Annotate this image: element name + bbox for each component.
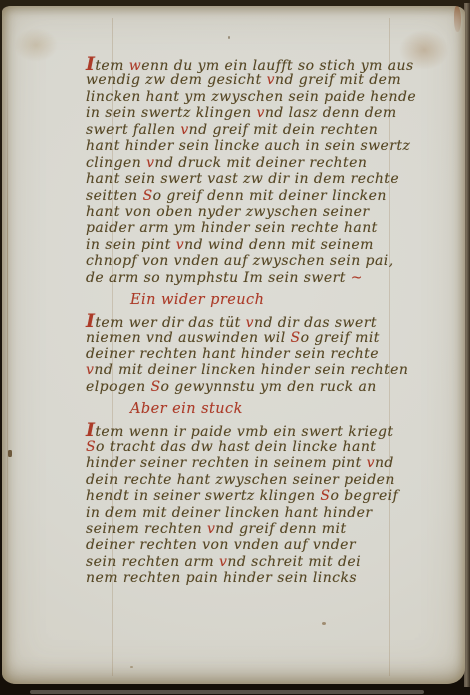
text-line: hant hinder sein lincke auch in sein swe…: [86, 138, 438, 154]
text-line: in sein pint vnd wind denn mit seinem: [86, 237, 438, 253]
text-segment: wendig zw dem gesicht: [86, 72, 267, 88]
text-segment: o greif denn mit deiner lincken: [153, 188, 387, 204]
text-segment: nd wind denn mit seinem: [184, 237, 374, 253]
paragraph: Item wenn ir paide vmb ein swert kriegtS…: [86, 422, 438, 586]
text-segment: hendt in seiner swertz klingen: [86, 488, 320, 504]
text-line: in dem mit deiner lincken hant hinder: [86, 505, 438, 521]
text-segment: v: [146, 155, 154, 171]
ink-speck: [130, 666, 133, 668]
text-segment: chnopf von vnden auf zwyschen sein pai,: [86, 253, 394, 269]
text-segment: hant von oben nyder zwyschen seiner: [86, 204, 369, 220]
text-segment: nd mit deiner lincken hinder sein rechte…: [94, 362, 408, 378]
ink-speck: [322, 622, 326, 625]
text-segment: in dem mit deiner lincken hant hinder: [86, 505, 373, 521]
text-line: clingen vnd druck mit deiner rechten: [86, 155, 438, 171]
text-line: swert fallen vnd greif mit dein rechten: [86, 122, 438, 138]
text-segment: hant hinder sein lincke auch in sein swe…: [86, 138, 410, 154]
text-segment: nd druck mit deiner rechten: [155, 155, 368, 171]
text-segment: ~: [351, 270, 363, 286]
text-line: nem rechten pain hinder sein lincks: [86, 570, 438, 586]
text-line: dein rechte hant zwyschen seiner peiden: [86, 472, 438, 488]
text-segment: swert fallen: [86, 122, 180, 138]
text-line: hant sein swert vast zw dir in dem recht…: [86, 171, 438, 187]
text-segment: v: [256, 105, 264, 121]
text-line: wendig zw dem gesicht vnd greif mit dem: [86, 72, 438, 88]
text-segment: de arm so nymphstu Im sein swert: [86, 270, 351, 286]
paragraph: Item wer dir das tüt vnd dir das swertni…: [86, 313, 438, 395]
text-segment: hinder seiner rechten in seinem pint: [86, 455, 367, 471]
text-segment: nd: [375, 455, 394, 471]
text-segment: o gewynnstu ym den ruck an: [161, 379, 377, 395]
text-segment: seinem rechten: [86, 521, 207, 537]
text-segment: o tracht das dw hast dein lincke hant: [96, 439, 376, 455]
text-segment: clingen: [86, 155, 146, 171]
text-segment: niemen vnd auswinden wil: [86, 330, 291, 346]
text-segment: nem rechten pain hinder sein lincks: [86, 570, 357, 586]
text-segment: S: [320, 488, 330, 504]
text-line: deiner rechten hant hinder sein rechte: [86, 346, 438, 362]
text-segment: nd lasz denn dem: [265, 105, 397, 121]
text-line: hendt in seiner swertz klingen So begrei…: [86, 488, 438, 504]
text-line: sein rechten arm vnd schreit mit dei: [86, 554, 438, 570]
text-line: deiner rechten von vnden auf vnder: [86, 537, 438, 553]
rubric-heading: Ein wider preuch: [130, 292, 438, 309]
text-line: hant von oben nyder zwyschen seiner: [86, 204, 438, 220]
text-segment: deiner rechten von vnden auf vnder: [86, 537, 356, 553]
text-segment: nd schreit mit dei: [227, 554, 361, 570]
ink-speck: [228, 36, 230, 39]
text-line: in sein swertz klingen vnd lasz denn dem: [86, 105, 438, 121]
text-segment: nd greif denn mit: [215, 521, 346, 537]
text-segment: seitten: [86, 188, 143, 204]
text-segment: elpogen: [86, 379, 150, 395]
text-segment: dein rechte hant zwyschen seiner peiden: [86, 472, 395, 488]
paragraph: Item wenn du ym ein laufft so stich ym a…: [86, 56, 438, 286]
text-line: Item wenn du ym ein laufft so stich ym a…: [86, 56, 438, 72]
gutter-crease: [7, 46, 8, 654]
text-line: vnd mit deiner lincken hinder sein recht…: [86, 362, 438, 378]
text-segment: sein rechten arm: [86, 554, 219, 570]
text-segment: S: [291, 330, 301, 346]
table-edge: [30, 690, 424, 694]
stain-top-left: [14, 28, 58, 62]
text-segment: lincken hant ym zwyschen sein paide hend…: [86, 89, 416, 105]
text-segment: hant sein swert vast zw dir in dem recht…: [86, 171, 399, 187]
text-segment: o greif mit: [301, 330, 380, 346]
text-segment: nd greif mit dein rechten: [189, 122, 379, 138]
rubric-heading: Aber ein stuck: [130, 401, 438, 418]
text-segment: in sein pint: [86, 237, 176, 253]
text-line: seitten So greif denn mit deiner lincken: [86, 188, 438, 204]
text-segment: S: [143, 188, 153, 204]
text-segment: v: [267, 72, 275, 88]
text-line: elpogen So gewynnstu ym den ruck an: [86, 379, 438, 395]
text-block: Item wenn du ym ein laufft so stich ym a…: [86, 56, 438, 587]
text-line: Item wenn ir paide vmb ein swert kriegt: [86, 422, 438, 438]
text-segment: S: [86, 439, 96, 455]
text-line: seinem rechten vnd greif denn mit: [86, 521, 438, 537]
text-line: paider arm ym hinder sein rechte hant: [86, 220, 438, 236]
edge-mark-top-right: [454, 6, 461, 32]
text-segment: v: [180, 122, 188, 138]
text-segment: in sein swertz klingen: [86, 105, 256, 121]
text-segment: deiner rechten hant hinder sein rechte: [86, 346, 379, 362]
manuscript-page: Item wenn du ym ein laufft so stich ym a…: [2, 6, 465, 684]
text-line: hinder seiner rechten in seinem pint vnd: [86, 455, 438, 471]
text-segment: o begreif: [330, 488, 398, 504]
text-line: So tracht das dw hast dein lincke hant: [86, 439, 438, 455]
text-segment: S: [150, 379, 160, 395]
text-segment: paider arm ym hinder sein rechte hant: [86, 220, 378, 236]
text-segment: v: [176, 237, 184, 253]
ink-speck: [8, 450, 12, 457]
text-segment: v: [367, 455, 375, 471]
text-line: chnopf von vnden auf zwyschen sein pai,: [86, 253, 438, 269]
text-segment: nd greif mit dem: [275, 72, 401, 88]
text-line: niemen vnd auswinden wil So greif mit: [86, 330, 438, 346]
text-line: Item wer dir das tüt vnd dir das swert: [86, 313, 438, 329]
text-line: lincken hant ym zwyschen sein paide hend…: [86, 89, 438, 105]
text-line: de arm so nymphstu Im sein swert ~: [86, 270, 438, 286]
manuscript-photo: Item wenn du ym ein laufft so stich ym a…: [0, 0, 470, 695]
